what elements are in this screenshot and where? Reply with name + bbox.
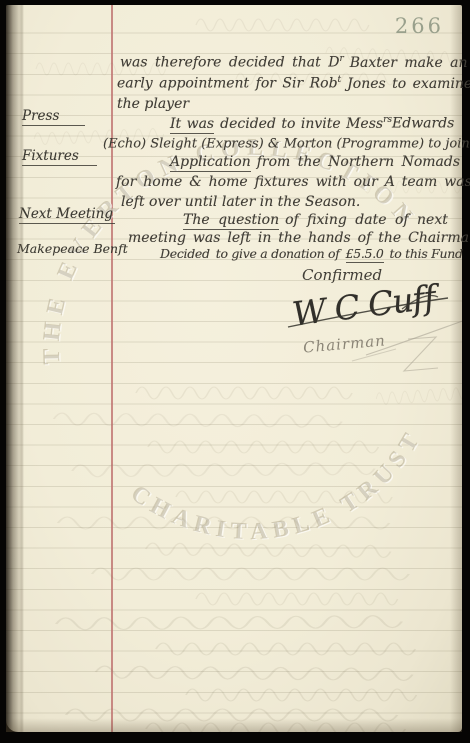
minute-line: meeting was left in the hands of the Cha… (128, 231, 470, 245)
minute-line: (Echo) Sleight (Express) & Morton (Progr… (103, 136, 470, 152)
chairman-title: Chairman (302, 331, 386, 356)
minute-line: for home & home fixtures with our A team… (116, 175, 470, 189)
minute-line: was therefore decided that DrBaxter make… (120, 55, 468, 70)
minute-line: Applicationfrom the Northern Nomads (170, 155, 460, 169)
ledger-page: THE EVERTON COLLECTION THE EVERTON COLLE… (6, 5, 462, 732)
minute-line: left over until later in the Season. (121, 195, 360, 209)
confirmed-note: Confirmed (302, 266, 382, 284)
margin-note-press: Press (22, 110, 85, 124)
chairman-signature: W C Cuff (290, 277, 437, 333)
minute-line: the player (117, 97, 189, 111)
page-number: 266 (395, 14, 444, 38)
minute-line: early appointment for Sir RobtJones to e… (117, 76, 470, 91)
minute-line: Decidedto give a donation of£5.5.0to thi… (160, 248, 463, 261)
page-edge-right (450, 5, 462, 732)
minute-line: It wasdecided to invite MessrsEdwards (170, 116, 454, 131)
margin-note-makepeace-benefit: Makepeace Benft (17, 243, 128, 256)
page-edge-bottom (6, 718, 462, 732)
minute-line: The questionof fixing date of next (183, 213, 448, 227)
svg-text:CHARITABLE TRUST: CHARITABLE TRUST (124, 416, 445, 576)
margin-note-fixtures: Fixtures (22, 150, 97, 164)
minute-book-scan: THE EVERTON COLLECTION THE EVERTON COLLE… (0, 0, 470, 743)
svg-text:CHARITABLE TRUST: CHARITABLE TRUST (122, 415, 443, 575)
red-margin-rule (111, 5, 113, 732)
margin-note-next-meeting: Next Meeting (19, 208, 115, 222)
